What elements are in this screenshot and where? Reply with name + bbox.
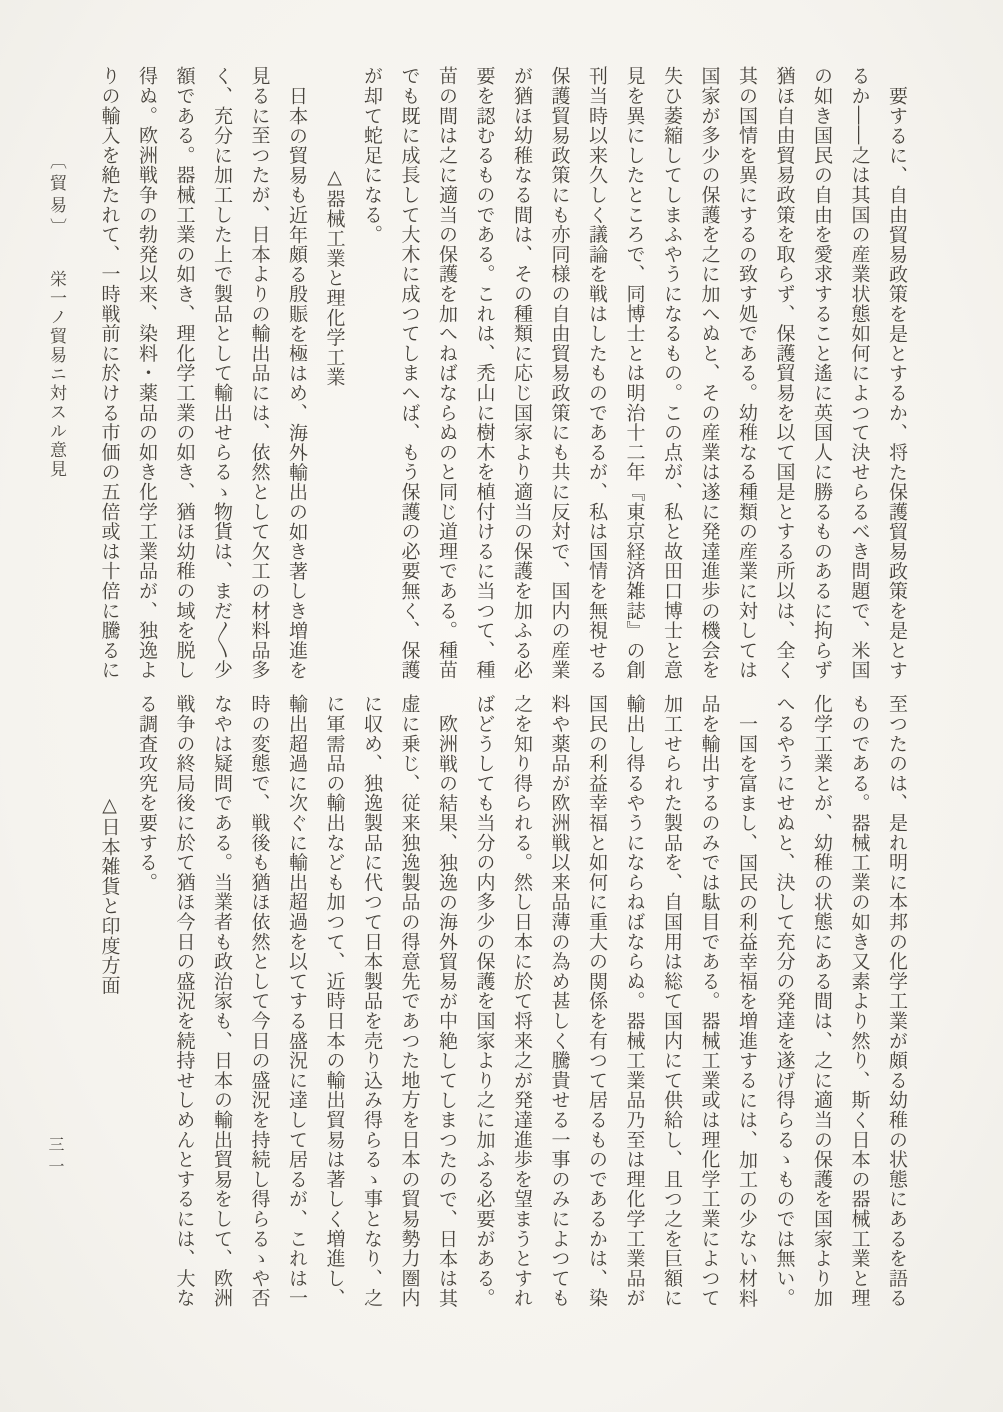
text-column: く、充分に加工した上で製品として輸出せらるゝ物貨は、まだ〱少 <box>203 66 241 674</box>
text-column: 化学工業とが、幼稚の状態にある間は、之に適当の保護を国家より加 <box>803 694 841 1314</box>
text-column: 要を認むるものである。これは、禿山に樹木を植付けるに当つて、種 <box>465 66 503 674</box>
text-column: 額である。器械工業の如き、理化学工業の如き、猶ほ幼稚の域を脱し <box>165 66 203 674</box>
text-column: 失ひ萎縮してしまふやうになるもの。この点が、私と故田口博士と意 <box>653 66 691 674</box>
text-column: の如き国民の自由を愛求すること遙に英国人に勝るものあるに拘らず <box>803 66 841 674</box>
bottom-text-block: 至つたのは、是れ明に本邦の化学工業が頗る幼稚の状態にあるを語るものである。器械工… <box>90 694 915 1314</box>
running-head-section-label: 〔貿易〕 <box>46 152 66 240</box>
text-column: 輸出し得るやうにならねばならぬ。器械工業品乃至は理化学工業品が <box>615 694 653 1314</box>
text-column: 得ぬ。欧洲戦争の勃発以来、染料・薬品の如き化学工業品が、独逸よ <box>128 66 166 674</box>
text-column: に軍需品の輸出なども加つて、近時日本の輸出貿易は著しく増進し、 <box>315 694 353 1314</box>
text-column: 苗の間は之に適当の保護を加へねばならぬのと同じ道理である。種苗 <box>428 66 466 674</box>
text-column: が猶ほ幼稚なる間は、その種類に応じ国家より適当の保護を加ふる必 <box>503 66 541 674</box>
text-column: が却て蛇足になる。 <box>353 66 391 674</box>
text-column: 刊当時以来久しく議論を戦はしたものであるが、私は国情を無視せる <box>578 66 616 674</box>
running-head-title: 栄一ノ貿易ニ対スル意見 <box>46 270 66 479</box>
text-column: 之を知り得られる。然し日本に於て将来之が発達進歩を望まうとすれ <box>503 694 541 1314</box>
text-column: 欧洲戦の結果、独逸の海外貿易が中絶してしまつたので、日本は其 <box>428 694 466 1314</box>
text-column: 其の国情を異にするの致す処である。幼稚なる種類の産業に対しては <box>728 66 766 674</box>
top-text-block: 要するに、自由貿易政策を是とするか、将た保護貿易政策を是とするか――之は其国の産… <box>90 66 915 674</box>
text-column: 料や薬品が欧洲戦以来品薄の為め甚しく騰貴せる一事のみによつても <box>540 694 578 1314</box>
scanned-document-page: 〔貿易〕栄一ノ貿易ニ対スル意見 要するに、自由貿易政策を是とするか、将た保護貿易… <box>0 0 1003 1412</box>
text-column: 国家が多少の保護を之に加へぬと、その産業は遂に発達進歩の機会を <box>690 66 728 674</box>
running-head: 〔貿易〕栄一ノ貿易ニ対スル意見 <box>44 152 68 479</box>
text-column: 品を輸出するのみでは駄目である。器械工業或は理化学工業によつて <box>690 694 728 1314</box>
text-column: 加工せられた製品を、自国用は総て国内にて供給し、且つ之を巨額に <box>653 694 691 1314</box>
text-column: りの輸入を絶たれて、一時戦前に於ける市価の五倍或は十倍に騰るに <box>90 66 128 674</box>
text-column: 一国を富まし、国民の利益幸福を増進するには、加工の少ない材料 <box>728 694 766 1314</box>
text-column: へるやうにせぬと、決して充分の発達を遂げ得らるゝものでは無い。 <box>765 694 803 1314</box>
text-column: 輸出超過に次ぐに輸出超過を以てする盛況に達して居るが、これは一 <box>278 694 316 1314</box>
text-column: に収め、独逸製品に代つて日本製品を売り込み得らるゝ事となり、之 <box>353 694 391 1314</box>
text-column: 至つたのは、是れ明に本邦の化学工業が頗る幼稚の状態にあるを語る <box>878 694 916 1314</box>
section-heading: △日本雑貨と印度方面 <box>90 694 128 1314</box>
text-column: る調査攻究を要する。 <box>128 694 166 1314</box>
text-column: ばどうしても当分の内多少の保護を国家より之に加ふる必要がある。 <box>465 694 503 1314</box>
text-column: るか――之は其国の産業状態如何によつて決せらるべき問題で、米国 <box>840 66 878 674</box>
text-column: 要するに、自由貿易政策を是とするか、将た保護貿易政策を是とす <box>878 66 916 674</box>
page-number: 三一 <box>44 1136 67 1180</box>
text-column: でも既に成長して大木に成つてしまへば、もう保護の必要無く、保護 <box>390 66 428 674</box>
text-column: ものである。器械工業の如き又素より然り、斯く日本の器械工業と理 <box>840 694 878 1314</box>
text-column: 猶ほ自由貿易政策を取らず、保護貿易を以て国是とする所以は、全く <box>765 66 803 674</box>
text-column: 見を異にしたところで、同博士とは明治十二年『東京経済雑誌』の創 <box>615 66 653 674</box>
text-column: なやは疑問である。当業者も政治家も、日本の輸出貿易をして、欧洲 <box>203 694 241 1314</box>
running-head-gap <box>56 240 57 270</box>
text-column: 時の変態で、戦後も猶ほ依然として今日の盛況を持続し得らるゝや否 <box>240 694 278 1314</box>
text-column: 保護貿易政策にも亦同様の自由貿易政策にも共に反対で、国内の産業 <box>540 66 578 674</box>
text-column: 日本の貿易も近年頗る殷賑を極はめ、海外輸出の如き著しき増進を <box>278 66 316 674</box>
section-heading: △器械工業と理化学工業 <box>315 66 353 674</box>
text-column: 戦争の終局後に於て猶ほ今日の盛況を続持せしめんとするには、大な <box>165 694 203 1314</box>
text-column: 虚に乗じ、従来独逸製品の得意先であつた地方を日本の貿易勢力圏内 <box>390 694 428 1314</box>
text-column: 国民の利益幸福と如何に重大の関係を有つて居るものであるかは、染 <box>578 694 616 1314</box>
text-column: 見るに至つたが、日本よりの輸出品には、依然として欠工の材料品多 <box>240 66 278 674</box>
